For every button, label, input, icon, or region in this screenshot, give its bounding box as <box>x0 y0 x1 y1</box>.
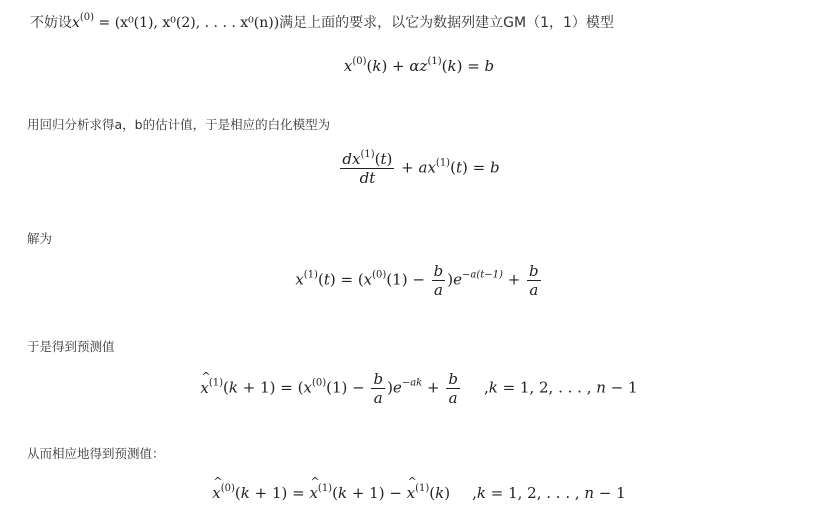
equation-restored-prediction: x(0)(k + 1) = x(1)(k + 1) − x(1)(k),k = … <box>0 484 838 502</box>
paragraph-regression: 用回归分析求得a，b的估计值，于是相应的白化模型为 <box>27 117 330 133</box>
intro-suffix-text: 满足上面的要求，以它为数据列建立GM（1，1）模型 <box>279 15 614 31</box>
intro-prefix-text: 不妨设 <box>30 15 72 31</box>
inline-formula-sequence: x(0) = (x⁰(1), x⁰(2), . . . . x⁰(n)) <box>72 15 279 31</box>
paragraph-prediction: 于是得到预测值 <box>27 339 115 355</box>
paragraph-restored-prediction: 从而相应地得到预测值： <box>27 446 165 462</box>
equation-gm-model: x(0)(k) + αz(1)(k) = b <box>0 57 838 75</box>
equation-solution: x(1)(t) = (x(0)(1) − ba)e−a(t−1) + ba <box>0 262 838 299</box>
paragraph-intro: 不妨设x(0) = (x⁰(1), x⁰(2), . . . . x⁰(n))满… <box>30 15 614 31</box>
equation-whitening-model: dx(1)(t)dt + ax(1)(t) = b <box>0 150 838 187</box>
paragraph-solution: 解为 <box>27 231 52 247</box>
equation-prediction: x(1)(k + 1) = (x(0)(1) − ba)e−ak + ba,k … <box>0 370 838 407</box>
